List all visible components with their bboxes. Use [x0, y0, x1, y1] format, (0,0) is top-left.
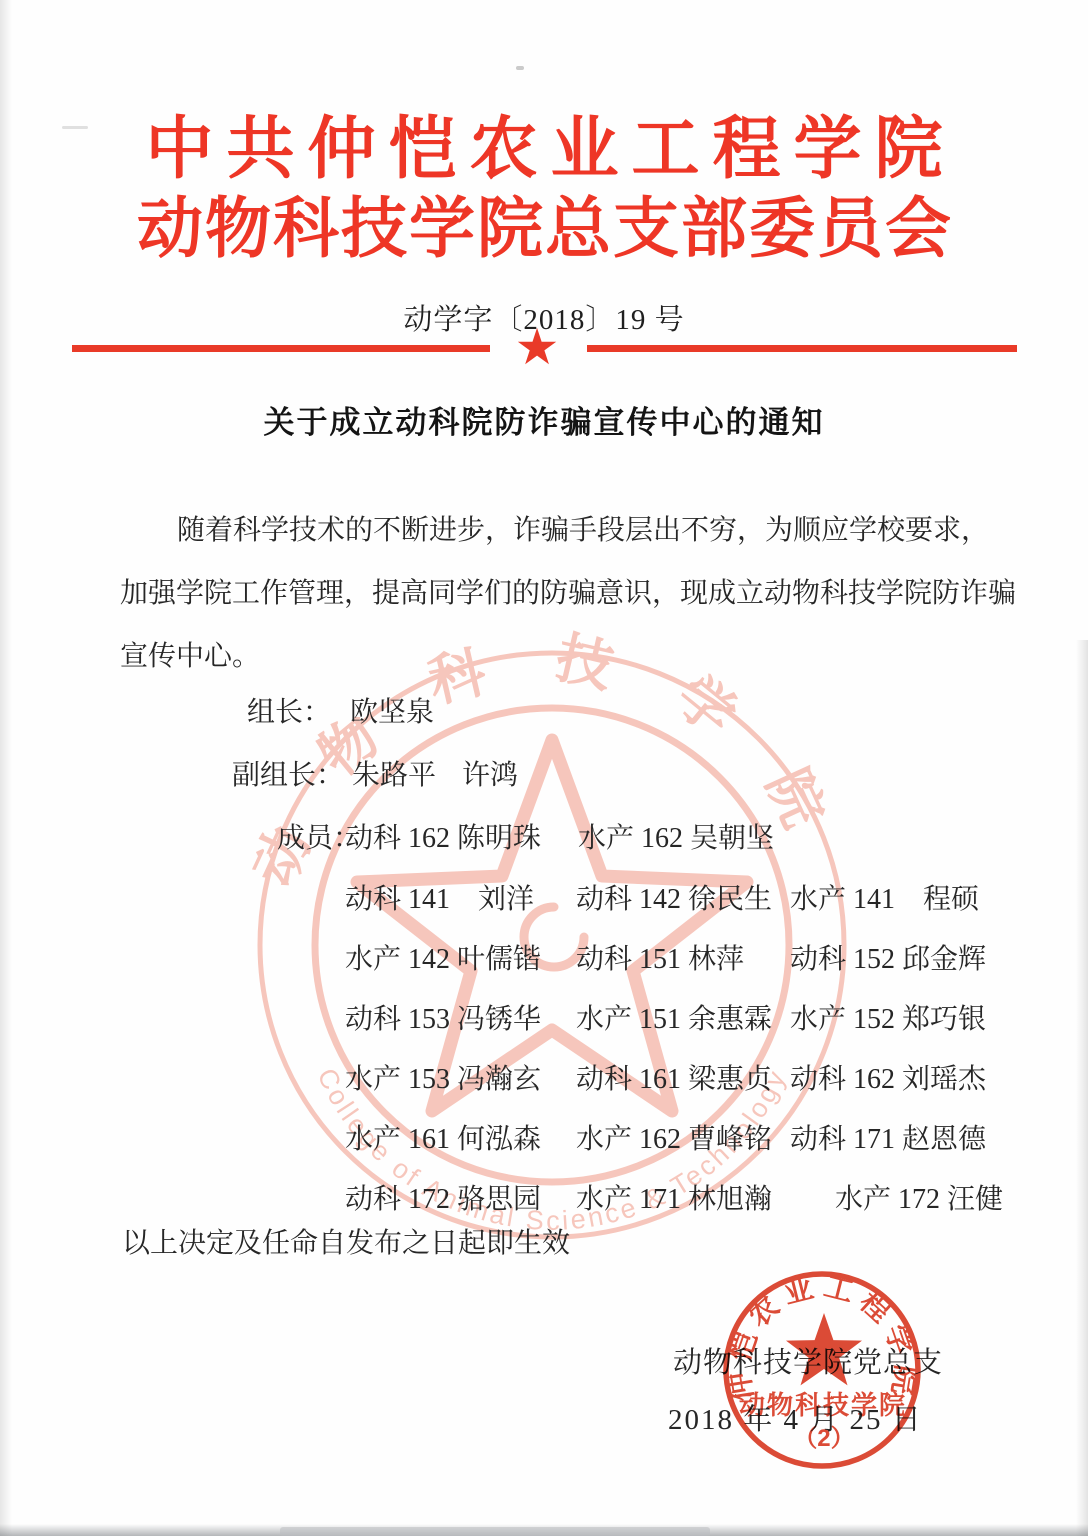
deputy-leader-label: 副组长：	[232, 753, 344, 793]
member-entry: 动科 161 梁惠贞	[576, 1057, 772, 1097]
seal-inner-text: 动物科技学院	[739, 1390, 907, 1420]
member-entry: 动科 152 邱金辉	[790, 937, 986, 977]
body-line: 加强学院工作管理，提高同学们的防骗意识，现成立动物科技学院防诈骗	[120, 571, 988, 611]
member-entry: 水产 162 曹峰铭	[576, 1117, 772, 1157]
leader-label: 组长：	[247, 690, 331, 730]
member-entry: 水产 152 郑巧银	[790, 997, 986, 1037]
member-entry: 水产 142 叶儒锴	[345, 937, 541, 977]
letterhead-line1: 中共仲恺农业工程学院	[0, 112, 1088, 187]
document-page: 动物科技学院 College of Animal Science & Techn…	[0, 0, 1088, 1536]
red-rule-left	[72, 345, 490, 352]
seal-number: （2）	[793, 1425, 854, 1452]
star-icon: ★	[507, 322, 567, 372]
member-entry: 水产 141 程硕	[790, 877, 979, 917]
scan-edge-right	[1076, 640, 1088, 1536]
deputy-leader-name: 朱路平	[352, 753, 436, 793]
watermark-star-icon	[357, 740, 747, 1111]
scan-artifact	[516, 66, 524, 70]
member-entry: 动科 153 冯锈华	[345, 997, 541, 1037]
member-entry: 水产 171 林旭瀚	[576, 1177, 772, 1217]
effective-statement: 以上决定及任命自发布之日起即生效	[122, 1221, 570, 1261]
member-entry: 动科 142 徐民生	[576, 877, 772, 917]
member-entry: 水产 162 吴朝坚	[578, 816, 774, 856]
member-entry: 水产 153 冯瀚玄	[345, 1057, 541, 1097]
deputy-leader-name: 许鸿	[462, 753, 518, 793]
body-line: 随着科学技术的不断进步，诈骗手段层出不穷，为顺应学校要求，	[120, 508, 988, 548]
leader-name: 欧坚泉	[350, 690, 434, 730]
member-entry: 动科 141 刘洋	[345, 877, 534, 917]
scan-edge-bottom-smudge	[280, 1527, 710, 1536]
red-rule-right	[587, 345, 1017, 352]
body-line: 宣传中心。	[120, 634, 988, 674]
notice-title: 关于成立动科院防诈骗宣传中心的通知	[0, 397, 1088, 442]
member-entry: 动科 172 骆思园	[345, 1177, 541, 1217]
member-entry: 水产 151 余惠霖	[576, 997, 772, 1037]
member-entry: 水产 161 何泓森	[345, 1117, 541, 1157]
letterhead-line2: 动物科技学院总支部委员会	[0, 192, 1088, 265]
member-entry: 动科 171 赵恩德	[790, 1117, 986, 1157]
member-entry: 动科 162 陈明珠	[345, 816, 541, 856]
seal-star-icon	[786, 1313, 862, 1385]
member-entry: 动科 162 刘瑶杰	[790, 1057, 986, 1097]
official-seal: 仲恺农业工程学院 动物科技学院 （2）	[702, 1250, 942, 1490]
member-entry: 水产 172 汪健	[835, 1177, 1003, 1217]
member-entry: 动科 151 林萍	[576, 937, 744, 977]
